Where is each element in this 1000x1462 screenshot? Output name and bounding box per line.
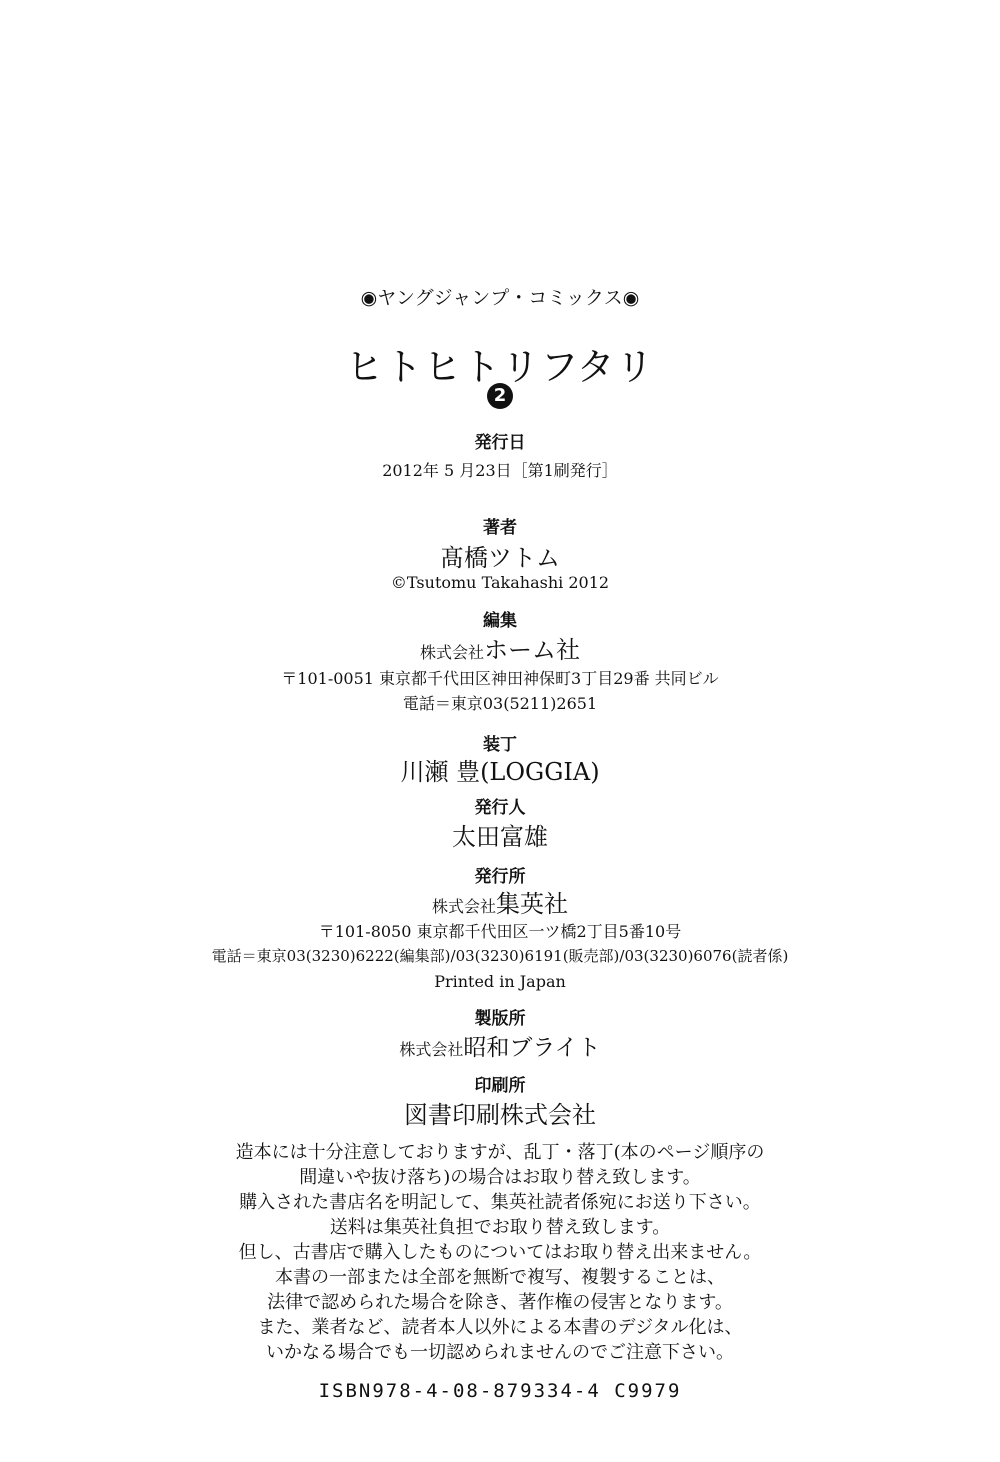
design-value: 川瀬 豊(LOGGIA) (0, 752, 1000, 787)
notice-line: いかなる場合でも一切認められませんのでご注意下さい。 (0, 1340, 1000, 1365)
plate-making-company-name: 昭和ブライト (463, 1035, 600, 1061)
editing-address: 〒101-0051 東京都千代田区神田神保町3丁目29番 共同ビル (0, 666, 1000, 689)
editing-company-name: ホーム社 (484, 636, 580, 664)
volume-badge: 2 (487, 383, 513, 409)
plate-making-company-prefix: 株式会社 (399, 1040, 463, 1059)
isbn: ISBN978-4-08-879334-4 C9979 (0, 1380, 1000, 1402)
notice-line: 本書の一部または全部を無断で複写、複製することは、 (0, 1265, 1000, 1290)
publisher-person-label: 発行人 (0, 793, 1000, 818)
printing-label: 印刷所 (0, 1071, 1000, 1096)
publisher-company-name: 集英社 (496, 890, 568, 918)
plate-making-company: 株式会社昭和ブライト (0, 1029, 1000, 1062)
publication-date-value: 2012年 5 月23日［第1刷発行］ (0, 458, 1000, 481)
printing-value: 図書印刷株式会社 (0, 1095, 1000, 1130)
editing-phone: 電話＝東京03(5211)2651 (0, 691, 1000, 714)
notice-line: 造本には十分注意しておりますが、乱丁・落丁(本のページ順序の (0, 1140, 1000, 1165)
publication-date-label: 発行日 (0, 428, 1000, 453)
printed-in: Printed in Japan (0, 972, 1000, 991)
publisher-person-value: 太田富雄 (0, 817, 1000, 852)
author-copyright: ©Tsutomu Takahashi 2012 (0, 573, 1000, 592)
editing-company-prefix: 株式会社 (420, 643, 484, 662)
publisher-company: 株式会社集英社 (0, 884, 1000, 919)
series-name: ◉ヤングジャンプ・コミックス◉ (0, 283, 1000, 310)
notice-line: 購入された書店名を明記して、集英社読者係宛にお送り下さい。 (0, 1190, 1000, 1215)
volume-number: 2 (0, 383, 1000, 409)
notice-line: 間違いや抜け落ち)の場合はお取り替え致します。 (0, 1165, 1000, 1190)
plate-making-label: 製版所 (0, 1004, 1000, 1029)
publisher-address: 〒101-8050 東京都千代田区一ツ橋2丁目5番10号 (0, 919, 1000, 942)
notice-line: 但し、古書店で購入したものについてはお取り替え出来ません。 (0, 1240, 1000, 1265)
notice-line: 法律で認められた場合を除き、著作権の侵害となります。 (0, 1290, 1000, 1315)
editing-label: 編集 (0, 606, 1000, 631)
publisher-phone: 電話＝東京03(3230)6222(編集部)/03(3230)6191(販売部)… (0, 945, 1000, 966)
publisher-company-prefix: 株式会社 (432, 897, 496, 916)
notice-line: また、業者など、読者本人以外による本書のデジタル化は、 (0, 1315, 1000, 1340)
author-name: 髙橋ツトム (0, 538, 1000, 573)
author-label: 著者 (0, 513, 1000, 538)
editing-company: 株式会社ホーム社 (0, 630, 1000, 665)
notice-line: 送料は集英社負担でお取り替え致します。 (0, 1215, 1000, 1240)
